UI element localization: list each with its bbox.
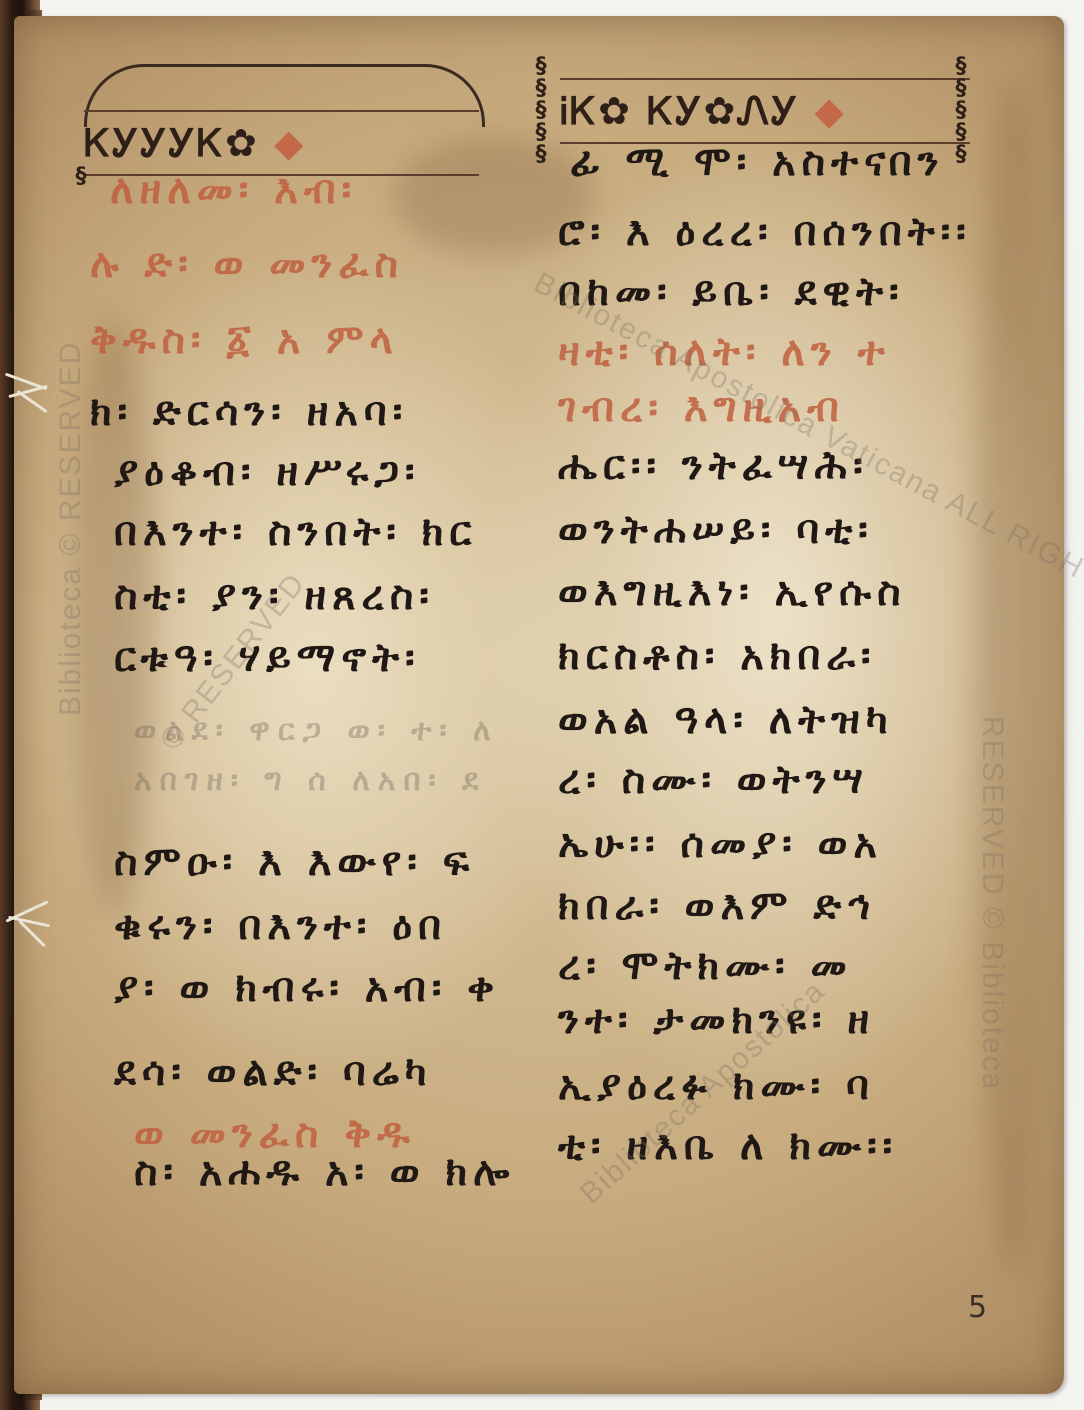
chain-ornament-icon: § <box>74 166 88 188</box>
manuscript-folio: ᏦᎩᎩᎩᏦ✿ ◆ § ለዘለመ፡ እብ፡ ሉ ድ፡ ወ መንፈስ ቅዱስ፡ ፩ … <box>14 16 1064 1394</box>
text-line: ያ፡ ወ ክብሩ፡ አብ፡ ቀ <box>114 968 500 1008</box>
text-line: ክ፡ ድርሳን፡ ዘአባ፡ <box>90 392 408 432</box>
text-line: ረ፡ ስሙ፡ ወትንሣ <box>558 760 869 800</box>
text-line: ስምዑ፡ እ እውየ፡ ፍ <box>114 842 475 882</box>
text-line: ወንትሐሠይ፡ ባቲ፡ <box>558 510 874 550</box>
stain <box>974 76 1054 1276</box>
text-line: ቁሩን፡ በእንተ፡ ዕበ <box>114 906 447 946</box>
text-line: ቅዱስ፡ ፩ አ ምላ <box>90 320 399 360</box>
watermark: Biblioteca © RESERVED <box>54 341 88 716</box>
text-line: ንተ፡ ታመክንዩ፡ ዘ <box>558 1000 875 1040</box>
text-line: በእንተ፡ ስንበት፡ ክር <box>114 512 477 552</box>
text-line: ያዕቆብ፡ ዘሥሩጋ፡ <box>114 452 420 492</box>
text-line: ኤሁ፡፡ ሰመያ፡ ወአ <box>558 824 883 864</box>
pattern-text: ᎥᏦ✿ ᏦᎩ✿ᏁᎩ <box>560 89 799 133</box>
text-line: ሉ ድ፡ ወ መንፈስ <box>90 244 404 284</box>
text-line: ደሳ፡ ወልድ፡ ባሬካ <box>114 1052 433 1092</box>
text-line: ክርስቶስ፡ አክበራ፡ <box>558 636 877 676</box>
text-line: ክበራ፡ ወእም ድኅ <box>558 886 876 926</box>
text-line: ስ፡ አሐዱ አ፡ ወ ክሎ <box>134 1152 515 1192</box>
interlace-pattern: ᏦᎩᎩᎩᏦ✿ ◆ <box>84 124 305 162</box>
pattern-accent: ◆ <box>274 121 305 165</box>
headband-ornament-right: ᎥᏦ✿ ᏦᎩ✿ᏁᎩ ◆ <box>560 78 970 144</box>
chain-ornament-icon: §§§§§ <box>954 56 968 166</box>
text-line: ፊ ሚ ሞ፡ አስተናበን <box>570 142 945 182</box>
text-line: ለዘለመ፡ እብ፡ <box>110 170 357 210</box>
pattern-accent: ◆ <box>815 89 846 133</box>
text-line: ሮ፡ እ ዕረረ፡ በሰንበት፡፡ <box>558 212 972 252</box>
pattern-text: ᏦᎩᎩᎩᏦ✿ <box>84 121 259 165</box>
watermark: RESERVED © Biblioteca <box>975 716 1009 1091</box>
text-line: ወአል ዓላ፡ ለትዝካ <box>558 700 894 740</box>
binding-thread <box>4 890 52 960</box>
show-through-line: አበገዘ፡ ግ ሰ ለአበ፡ ደ <box>134 766 486 796</box>
text-line: ወ መንፈስ ቅዱ <box>134 1114 416 1154</box>
text-line: ወእግዚእነ፡ ኢየሱስ <box>558 572 907 612</box>
chain-ornament-icon: §§§§§ <box>534 56 548 166</box>
interlace-pattern: ᎥᏦ✿ ᏦᎩ✿ᏁᎩ ◆ <box>560 92 846 130</box>
folio-number: 5 <box>968 1290 987 1325</box>
binding-thread <box>4 360 52 430</box>
